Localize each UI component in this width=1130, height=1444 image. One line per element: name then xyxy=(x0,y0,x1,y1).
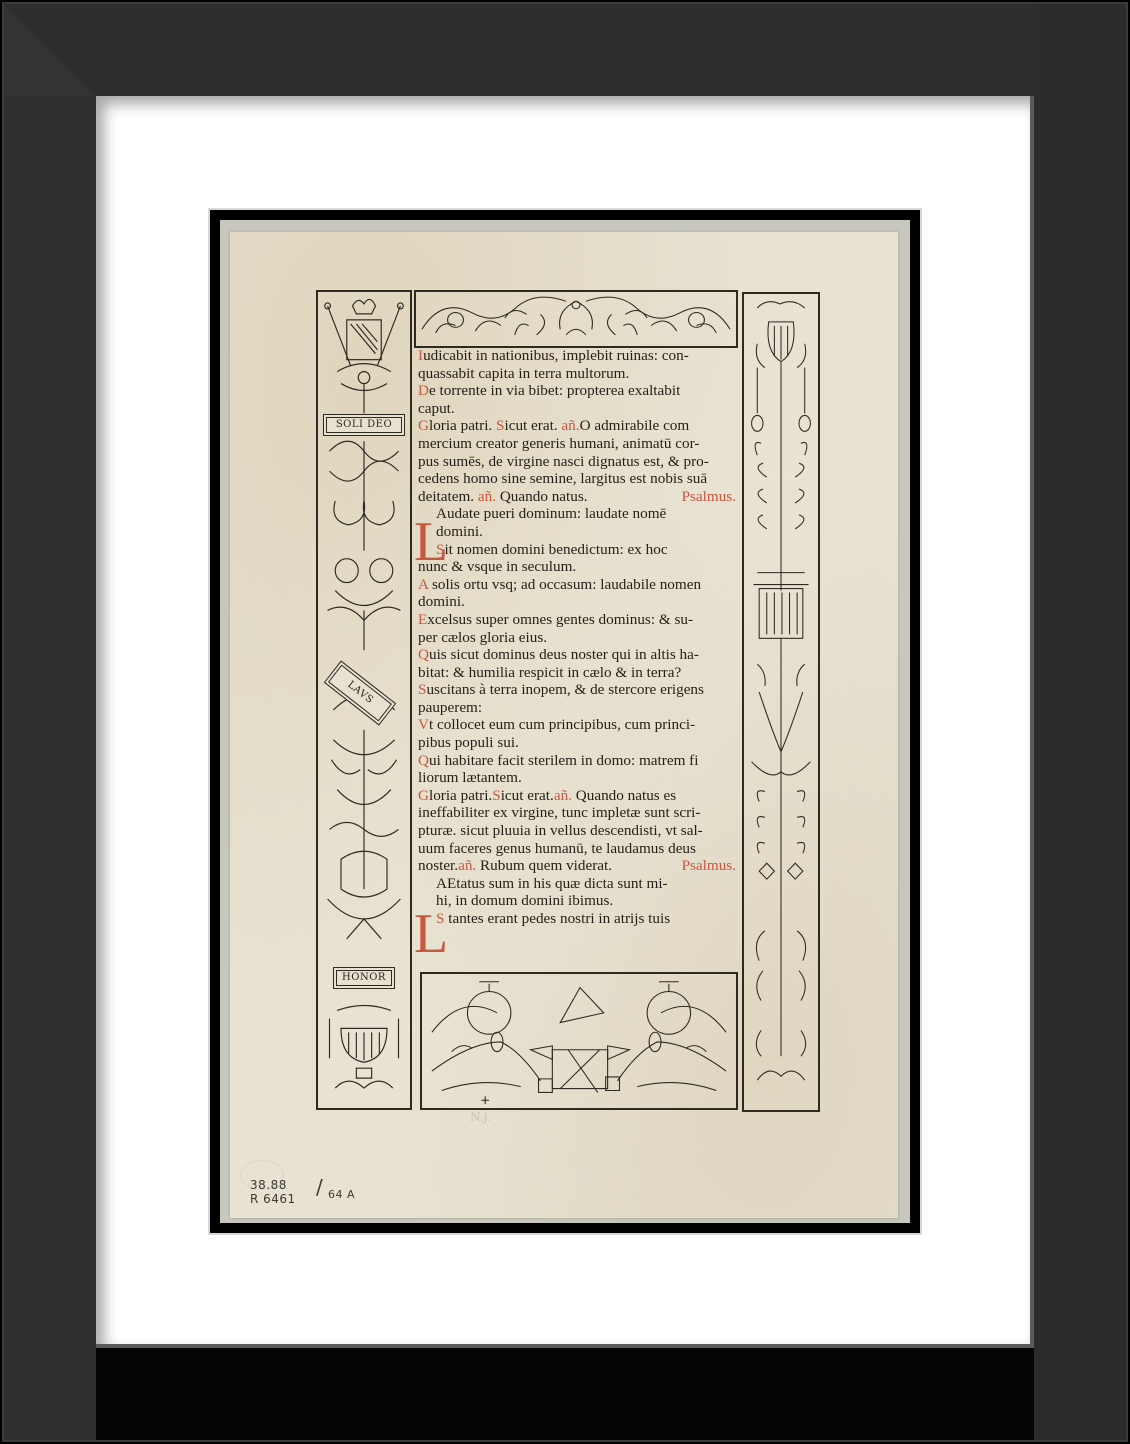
antiphon-mark: añ. xyxy=(458,857,476,874)
line-text: tantes erant pedes nostri in atrijs tuis xyxy=(444,910,670,927)
accession-suffix: 64 A xyxy=(328,1188,355,1202)
line-text: domini. xyxy=(436,523,483,540)
rubric-initial: Q xyxy=(418,752,429,769)
line-text: liorum lætantem. xyxy=(418,769,522,786)
top-woodcut-border xyxy=(414,290,738,348)
line-text: O admirabile com xyxy=(580,417,690,434)
text-line: pauperem: xyxy=(418,699,736,717)
rubric-initial: S xyxy=(492,787,500,804)
text-line: Gloria patri.Sicut erat.añ. Quando natus… xyxy=(418,787,736,805)
frame-corner-miter xyxy=(4,4,96,96)
rubric-initial: A xyxy=(418,576,428,593)
text-line: deitatem. añ. Quando natus.Psalmus. xyxy=(418,488,736,506)
rubric-initial: G xyxy=(418,787,429,804)
line-text: bitat: & humilia respicit in cælo & in t… xyxy=(418,664,681,681)
text-line: Quis sicut dominus deus noster qui in al… xyxy=(418,646,736,664)
rubric-initial: D xyxy=(418,382,429,399)
line-text: quassabit capita in terra multorum. xyxy=(418,365,629,382)
line-text: Quando natus es xyxy=(576,787,676,804)
psalmus-rubric: Psalmus. xyxy=(682,488,736,506)
line-text: uscitans à terra inopem, & de stercore e… xyxy=(426,681,703,698)
line-text: nunc & vsque in seculum. xyxy=(418,558,576,575)
text-line: S tantes erant pedes nostri in atrijs tu… xyxy=(418,910,736,928)
text-line: Qui habitare facit sterilem in domo: mat… xyxy=(418,752,736,770)
accession-line-2: R 6461 xyxy=(250,1192,296,1206)
text-line: nunc & vsque in seculum. xyxy=(418,558,736,576)
line-text: mercium creator generis humani, animatū … xyxy=(418,435,699,452)
line-text: uis sicut dominus deus noster qui in alt… xyxy=(429,646,699,663)
line-text: ineffabiliter ex virgine, tunc impletæ s… xyxy=(418,804,700,821)
text-line: Gloria patri. Sicut erat. añ.O admirabil… xyxy=(418,417,736,435)
frame-top-rail xyxy=(4,4,1126,96)
frame-bottom-rail xyxy=(4,1348,1126,1440)
line-text: domini. xyxy=(418,593,465,610)
line-text: pus sumēs, de virgine nasci dignatus est… xyxy=(418,453,709,470)
line-text: ui habitare facit sterilem in domo: matr… xyxy=(429,752,699,769)
text-line: Audate pueri dominum: laudate nomē xyxy=(418,505,736,523)
accession-slash: / xyxy=(316,1180,323,1194)
text-line: liorum lætantem. xyxy=(418,769,736,787)
line-text: hi, in domum domini ibimus. xyxy=(436,892,613,909)
antiphon-mark: añ. xyxy=(554,787,572,804)
text-line: Sit nomen domini benedictum: ex hoc xyxy=(418,541,736,559)
line-text: pauperem: xyxy=(418,699,482,716)
psalm-text-block: Iudicabit in nationibus, implebit ruinas… xyxy=(418,347,736,928)
frame-right-rail xyxy=(1034,4,1126,1440)
text-line: mercium creator generis humani, animatū … xyxy=(418,435,736,453)
bottom-woodcut-border xyxy=(420,972,738,1110)
text-line: A solis ortu vsq; ad occasum: laudabile … xyxy=(418,576,736,594)
line-text: loria patri. xyxy=(429,417,492,434)
top-border-foliage-icon xyxy=(416,292,736,346)
line-text: it nomen domini benedictum: ex hoc xyxy=(444,541,667,558)
text-line: hi, in domum domini ibimus. xyxy=(418,892,736,910)
text-line: Vt collocet eum cum principibus, cum pri… xyxy=(418,716,736,734)
line-text: Rubum quem viderat. xyxy=(480,857,612,874)
text-line: pturæ. sicut pluuia in vellus descendist… xyxy=(418,822,736,840)
line-text: per cælos gloria eius. xyxy=(418,629,547,646)
line-text: icut erat. xyxy=(501,787,554,804)
line-text: icut erat. xyxy=(504,417,557,434)
text-line: domini. xyxy=(418,593,736,611)
line-text: pibus populi sui. xyxy=(418,734,519,751)
rubric-initial: V xyxy=(418,716,429,733)
text-line: pus sumēs, de virgine nasci dignatus est… xyxy=(418,453,736,471)
text-line: bitat: & humilia respicit in cælo & in t… xyxy=(418,664,736,682)
psalmus-rubric: Psalmus. xyxy=(682,857,736,875)
line-text: cedens homo sine semine, largitus est no… xyxy=(418,470,707,487)
text-line: pibus populi sui. xyxy=(418,734,736,752)
soli-deo-cartouche: SOLI DEO xyxy=(326,417,402,433)
right-border-candelabrum-icon xyxy=(744,294,818,1110)
accession-number: 38.88 R 6461 / 64 A xyxy=(250,1178,296,1206)
antiphon-mark: añ. xyxy=(561,417,579,434)
line-text: xcelsus super omnes gentes dominus: & su… xyxy=(427,611,693,628)
text-line: De torrente in via bibet: propterea exal… xyxy=(418,382,736,400)
bleed-through-signature: N.j. xyxy=(470,1110,491,1124)
line-text: loria patri. xyxy=(429,787,492,804)
line-text: uum faceres genus humanū, te laudamus de… xyxy=(418,840,696,857)
line-text: deitatem. xyxy=(418,488,474,505)
line-text: t collocet eum cum principibus, cum prin… xyxy=(429,716,695,733)
right-woodcut-border xyxy=(742,292,820,1112)
line-text: pturæ. sicut pluuia in vellus descendist… xyxy=(418,822,703,839)
text-line: uum faceres genus humanū, te laudamus de… xyxy=(418,840,736,858)
text-line: Suscitans à terra inopem, & de stercore … xyxy=(418,681,736,699)
frame-left-rail xyxy=(4,4,96,1440)
honor-cartouche: HONOR xyxy=(336,970,392,986)
text-line: Excelsus super omnes gentes dominus: & s… xyxy=(418,611,736,629)
line-text: solis ortu vsq; ad occasum: laudabile no… xyxy=(428,576,701,593)
text-line: Iudicabit in nationibus, implebit ruinas… xyxy=(418,347,736,365)
text-line: per cælos gloria eius. xyxy=(418,629,736,647)
line-text: e torrente in via bibet: propterea exalt… xyxy=(429,382,680,399)
line-text: Quando natus. xyxy=(500,488,588,505)
text-line: quassabit capita in terra multorum. xyxy=(418,365,736,383)
text-line: domini. xyxy=(418,523,736,541)
bottom-border-ornament-icon xyxy=(422,974,736,1108)
text-line: AEtatus sum in his quæ dicta sunt mi- xyxy=(418,875,736,893)
text-line: cedens homo sine semine, largitus est no… xyxy=(418,470,736,488)
text-line: ineffabiliter ex virgine, tunc impletæ s… xyxy=(418,804,736,822)
rubric-initial: G xyxy=(418,417,429,434)
line-text: udicabit in nationibus, implebit ruinas:… xyxy=(423,347,689,364)
antiphon-mark: añ. xyxy=(478,488,496,505)
line-text: Audate pueri dominum: laudate nomē xyxy=(436,505,666,522)
line-text: AEtatus sum in his quæ dicta sunt mi- xyxy=(436,875,668,892)
text-line: noster.añ. Rubum quem viderat.Psalmus. xyxy=(418,857,736,875)
line-text: caput. xyxy=(418,400,455,417)
accession-line-1: 38.88 xyxy=(250,1178,296,1192)
rubric-initial: Q xyxy=(418,646,429,663)
text-line: caput. xyxy=(418,400,736,418)
rubric-initial: E xyxy=(418,611,427,628)
line-text: noster. xyxy=(418,857,458,874)
